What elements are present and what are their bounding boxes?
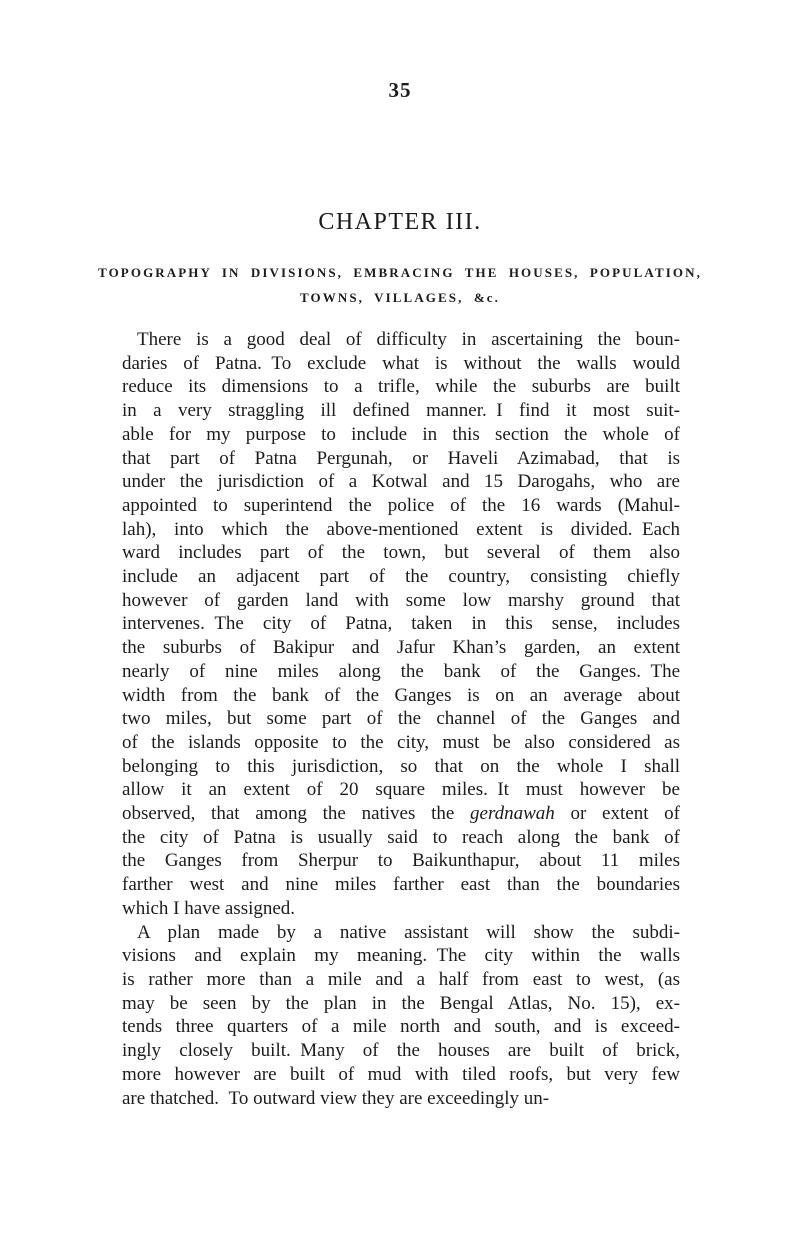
chapter-heading: CHAPTER III. xyxy=(0,209,800,236)
text-line: A plan made by a native assistant will s… xyxy=(122,921,680,945)
text-line: intervenes. The city of Patna, taken in … xyxy=(122,612,680,636)
text-line: There is a good deal of difficulty in as… xyxy=(122,328,680,352)
text-line: reduce its dimensions to a trifle, while… xyxy=(122,375,680,399)
page-number: 35 xyxy=(0,78,800,103)
text-line: which I have assigned. xyxy=(122,897,680,921)
book-page: 35 CHAPTER III. TOPOGRAPHY IN DIVISIONS,… xyxy=(0,0,800,1237)
text-line: able for my purpose to include in this s… xyxy=(122,423,680,447)
text-line: under the jurisdiction of a Kotwal and 1… xyxy=(122,470,680,494)
text-line: two miles, but some part of the channel … xyxy=(122,707,680,731)
text-line: daries of Patna. To exclude what is with… xyxy=(122,352,680,376)
text-line: appointed to superintend the police of t… xyxy=(122,494,680,518)
text-line: ingly closely built. Many of the houses … xyxy=(122,1039,680,1063)
text-line: include an adjacent part of the country,… xyxy=(122,565,680,589)
text-line: in a very straggling ill defined manner.… xyxy=(122,399,680,423)
text-line: however of garden land with some low mar… xyxy=(122,589,680,613)
text-line: that part of Patna Pergunah, or Haveli A… xyxy=(122,447,680,471)
text-line: observed, that among the natives the ger… xyxy=(122,802,680,826)
text-line: ward includes part of the town, but seve… xyxy=(122,541,680,565)
chapter-subtitle: TOPOGRAPHY IN DIVISIONS, EMBRACING THE H… xyxy=(0,260,800,310)
text-line: of the islands opposite to the city, mus… xyxy=(122,731,680,755)
text-line: more however are built of mud with tiled… xyxy=(122,1063,680,1087)
text-line: belonging to this jurisdiction, so that … xyxy=(122,755,680,779)
chapter-subtitle-line-1: TOPOGRAPHY IN DIVISIONS, EMBRACING THE H… xyxy=(0,260,800,285)
text-line: nearly of nine miles along the bank of t… xyxy=(122,660,680,684)
text-line: are thatched. To outward view they are e… xyxy=(122,1087,680,1111)
text-line: allow it an extent of 20 square miles. I… xyxy=(122,778,680,802)
text-line: is rather more than a mile and a half fr… xyxy=(122,968,680,992)
text-line: farther west and nine miles farther east… xyxy=(122,873,680,897)
text-line: may be seen by the plan in the Bengal At… xyxy=(122,992,680,1016)
text-line: width from the bank of the Ganges is on … xyxy=(122,684,680,708)
text-line: lah), into which the above-mentioned ext… xyxy=(122,518,680,542)
paragraph-2: A plan made by a native assistant will s… xyxy=(122,921,680,1111)
body-text: There is a good deal of difficulty in as… xyxy=(122,328,680,1110)
text-line: the suburbs of Bakipur and Jafur Khan’s … xyxy=(122,636,680,660)
text-line: the city of Patna is usually said to rea… xyxy=(122,826,680,850)
paragraph-1: There is a good deal of difficulty in as… xyxy=(122,328,680,921)
chapter-subtitle-line-2: TOWNS, VILLAGES, &c. xyxy=(0,285,800,310)
text-line: visions and explain my meaning. The city… xyxy=(122,944,680,968)
text-line: the Ganges from Sherpur to Baikunthapur,… xyxy=(122,849,680,873)
text-line: tends three quarters of a mile north and… xyxy=(122,1015,680,1039)
